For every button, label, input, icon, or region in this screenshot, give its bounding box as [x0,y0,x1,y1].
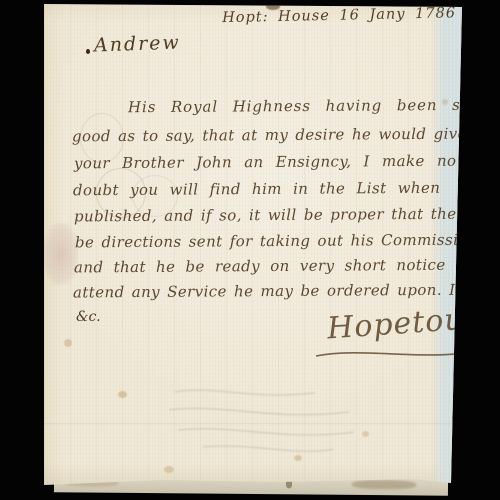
under-sheet-smudge [352,480,416,490]
ink-dot [86,49,90,54]
signature-flourish [312,342,500,364]
body-line-6: be directions sent for taking out his Co… [75,231,478,252]
letter-photograph: Hopt: House 16 Jany 1786 Andrew His Roya… [0,0,500,500]
letter-paper: Hopt: House 16 Jany 1786 Andrew His Roya… [44,3,462,486]
foxing-spot [164,466,174,473]
body-line-3: your Brother John an Ensigncy, I make no [74,152,457,173]
closing-abbreviation: &c. [76,309,101,325]
foxing-spot [118,391,127,398]
body-line-1: His Royal Highness having been so [128,96,471,116]
salutation: Andrew [94,31,181,56]
dateline: Hopt: House 16 Jany 1786 [194,5,456,26]
body-line-8: attend any Service he may be ordered upo… [73,281,487,302]
embossed-stamp [44,223,78,285]
body-line-2: good as to say, that at my desire he wou… [72,125,467,146]
signature: Hopetoun [326,301,486,347]
show-through-writing [163,378,366,465]
body-line-7: and that he be ready on very short notic… [74,256,472,277]
body-line-5: published, and if so, it will be proper … [74,205,473,226]
body-line-4: doubt you will find him in the List when [73,179,440,200]
foxing-spot [64,339,72,347]
